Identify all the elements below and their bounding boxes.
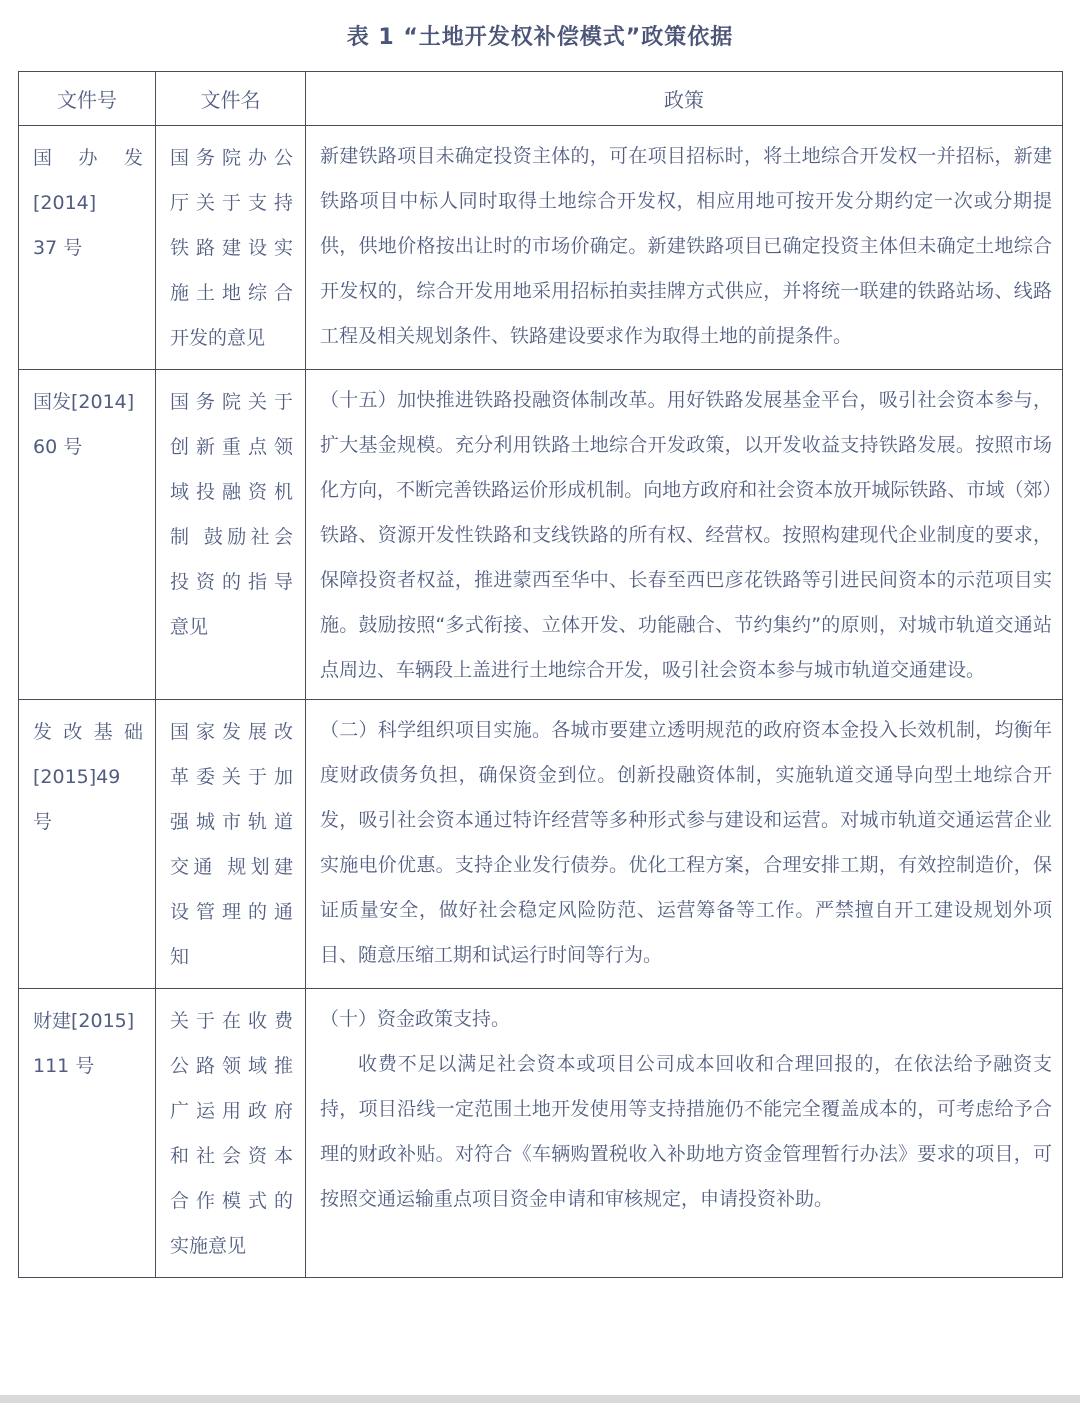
policy-cell: （十五）加快推进铁路投融资体制改革。用好铁路发展基金平台，吸引社会资本参与，扩大…: [306, 370, 1063, 700]
table-row: 国办发[2014]37 号 国务院办公厅关于支持铁路建设实施土地综合开发的意见 …: [19, 126, 1063, 370]
cell-line: 国务院办公: [170, 136, 293, 181]
cell-line: 60 号: [33, 425, 143, 470]
cell-line: 合作模式的: [170, 1179, 293, 1224]
policy-cell: （二）科学组织项目实施。各城市要建立透明规范的政府资本金投入长效机制，均衡年度财…: [306, 700, 1063, 989]
doc-number-cell: 国办发[2014]37 号: [19, 126, 156, 370]
cell-line: 知: [170, 935, 293, 980]
cell-line: 国发[2014]: [33, 380, 143, 425]
doc-number-cell: 发改基础[2015]49 号: [19, 700, 156, 989]
page-bottom-strip: [0, 1395, 1080, 1403]
cell-line: 交通 规划建: [170, 845, 293, 890]
cell-line: 创新重点领: [170, 425, 293, 470]
cell-line: 投资的指导: [170, 560, 293, 605]
cell-line: 域投融资机: [170, 470, 293, 515]
policy-cell: （十）资金政策支持。收费不足以满足社会资本或项目公司成本回收和合理回报的，在依法…: [306, 989, 1063, 1278]
cell-line: 国务院关于: [170, 380, 293, 425]
page-root: 表 1 “土地开发权补偿模式”政策依据 文件号 文件名 政策 国办发[2014]…: [0, 0, 1080, 1403]
cell-line: 和社会资本: [170, 1134, 293, 1179]
policy-paragraph: （十五）加快推进铁路投融资体制改革。用好铁路发展基金平台，吸引社会资本参与，扩大…: [320, 378, 1052, 693]
cell-line: 广运用政府: [170, 1089, 293, 1134]
policy-cell: 新建铁路项目未确定投资主体的，可在项目招标时，将土地综合开发权一并招标，新建铁路…: [306, 126, 1063, 370]
header-doc-number: 文件号: [19, 72, 156, 126]
cell-line: 设管理的通: [170, 890, 293, 935]
cell-line: 发改基础: [33, 710, 143, 755]
cell-line: 意见: [170, 605, 293, 650]
policy-paragraph: （二）科学组织项目实施。各城市要建立透明规范的政府资本金投入长效机制，均衡年度财…: [320, 708, 1052, 978]
doc-name-cell: 关于在收费公路领域推广运用政府和社会资本合作模式的实施意见: [156, 989, 306, 1278]
header-policy: 政策: [306, 72, 1063, 126]
cell-line: 财建[2015]: [33, 999, 143, 1044]
cell-line: [2014]: [33, 181, 143, 226]
header-row: 文件号 文件名 政策: [19, 72, 1063, 126]
cell-line: 111 号: [33, 1044, 143, 1089]
cell-line: 关于在收费: [170, 999, 293, 1044]
doc-number-cell: 财建[2015]111 号: [19, 989, 156, 1278]
cell-line: 制 鼓励社会: [170, 515, 293, 560]
cell-line: 国办发: [33, 136, 143, 181]
cell-line: 国家发展改: [170, 710, 293, 755]
cell-line: 37 号: [33, 226, 143, 271]
policy-paragraph: （十）资金政策支持。: [320, 997, 1052, 1042]
doc-name-cell: 国务院关于创新重点领域投融资机制 鼓励社会投资的指导意见: [156, 370, 306, 700]
cell-line: 公路领域推: [170, 1044, 293, 1089]
table-row: 国发[2014]60 号 国务院关于创新重点领域投融资机制 鼓励社会投资的指导意…: [19, 370, 1063, 700]
table-row: 发改基础[2015]49 号 国家发展改革委关于加强城市轨道交通 规划建设管理的…: [19, 700, 1063, 989]
table-row: 财建[2015]111 号 关于在收费公路领域推广运用政府和社会资本合作模式的实…: [19, 989, 1063, 1278]
policy-paragraph: 收费不足以满足社会资本或项目公司成本回收和合理回报的，在依法给予融资支持，项目沿…: [320, 1042, 1052, 1222]
cell-line: 开发的意见: [170, 316, 293, 361]
table-title: 表 1 “土地开发权补偿模式”政策依据: [0, 0, 1080, 51]
cell-line: 实施意见: [170, 1224, 293, 1269]
cell-line: 厅关于支持: [170, 181, 293, 226]
doc-name-cell: 国务院办公厅关于支持铁路建设实施土地综合开发的意见: [156, 126, 306, 370]
doc-name-cell: 国家发展改革委关于加强城市轨道交通 规划建设管理的通知: [156, 700, 306, 989]
policy-table: 文件号 文件名 政策 国办发[2014]37 号 国务院办公厅关于支持铁路建设实…: [18, 71, 1063, 1278]
policy-paragraph: 新建铁路项目未确定投资主体的，可在项目招标时，将土地综合开发权一并招标，新建铁路…: [320, 134, 1052, 359]
cell-line: 施土地综合: [170, 271, 293, 316]
header-doc-name: 文件名: [156, 72, 306, 126]
cell-line: 革委关于加: [170, 755, 293, 800]
cell-line: 强城市轨道: [170, 800, 293, 845]
doc-number-cell: 国发[2014]60 号: [19, 370, 156, 700]
cell-line: [2015]49 号: [33, 755, 143, 845]
cell-line: 铁路建设实: [170, 226, 293, 271]
